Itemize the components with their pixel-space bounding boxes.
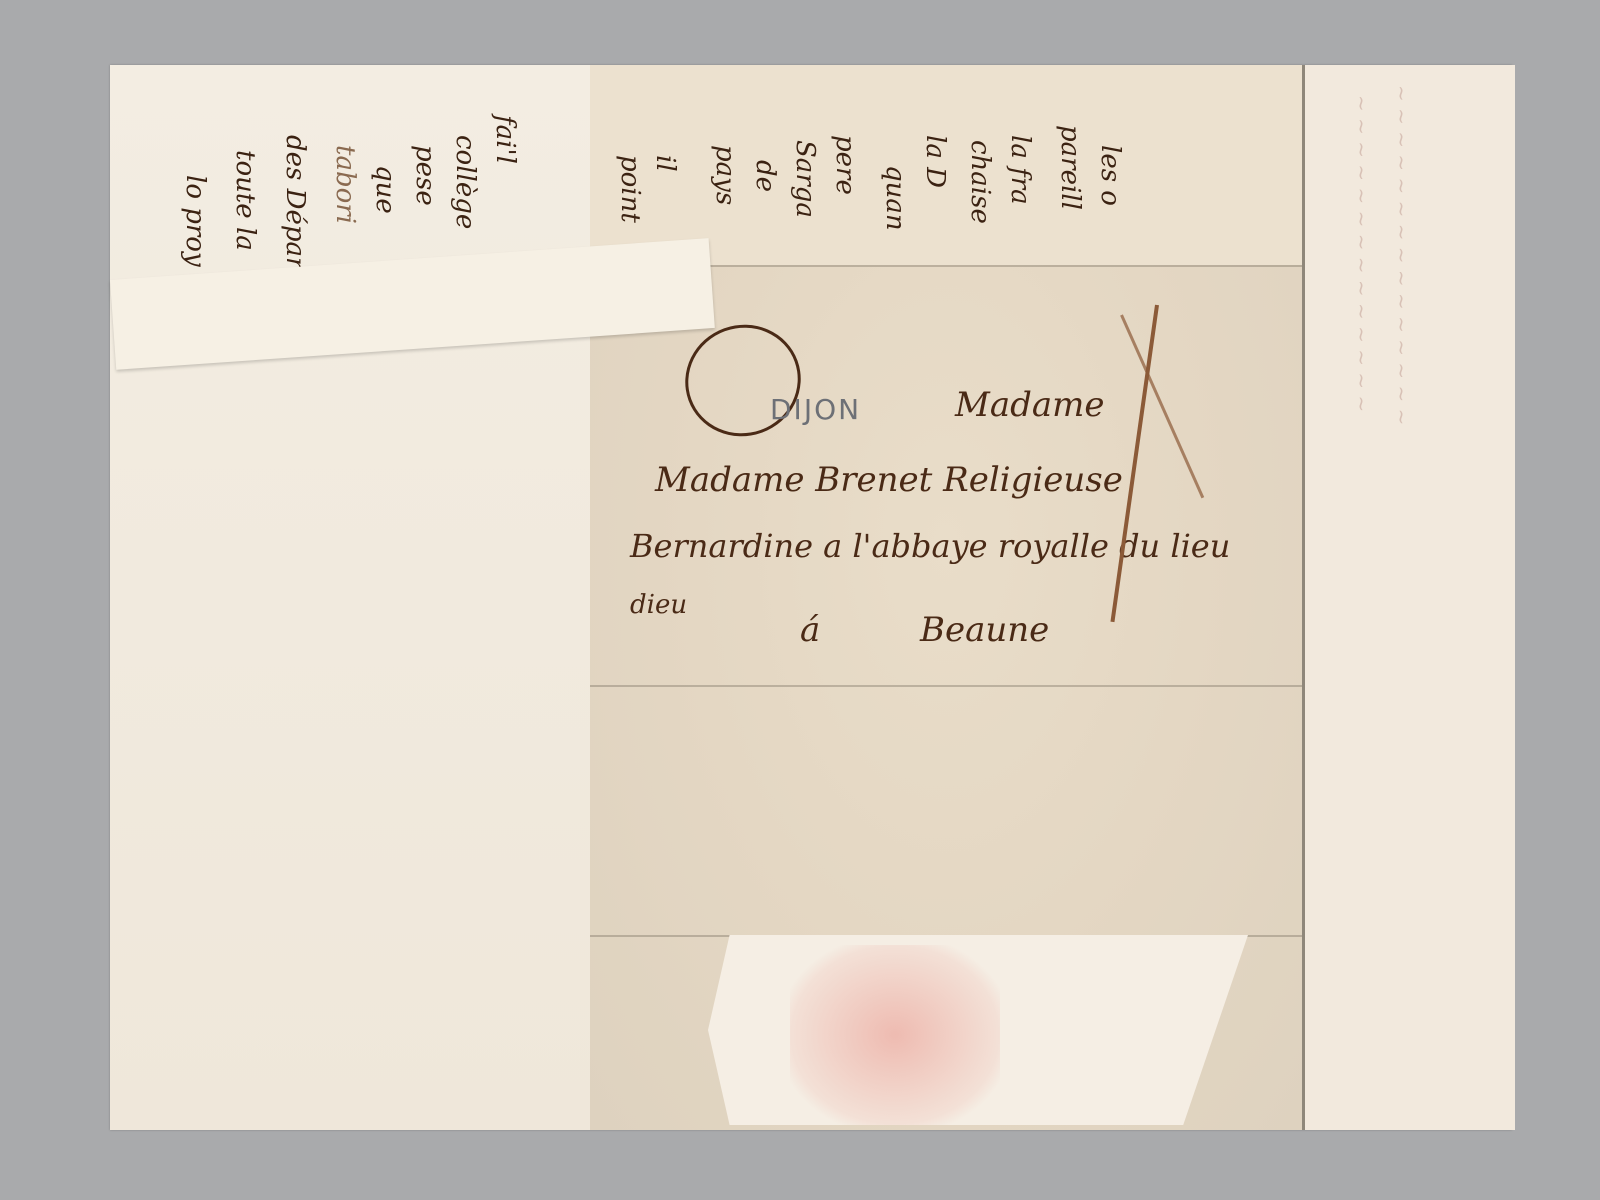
fragment-top-3: de xyxy=(750,160,780,192)
fragment-5: des Départ xyxy=(280,135,310,280)
fragment-0: fai'l xyxy=(490,115,520,164)
fragment-top-1: il xyxy=(650,155,680,172)
letter-sheet: fai'l collège pese que tabori des Départ… xyxy=(110,65,1512,1130)
fragment-7: lo proy xyxy=(180,175,210,267)
fragment-2: pese xyxy=(410,145,440,206)
address-line-1: Madame xyxy=(955,385,1104,425)
address-line-4: dieu xyxy=(630,590,687,620)
wax-seal-residue xyxy=(790,945,1000,1125)
fold-line-middle xyxy=(590,685,1302,687)
address-city: Beaune xyxy=(920,610,1049,650)
fragment-top-2: pays xyxy=(710,145,740,205)
fragment-6: toute la xyxy=(230,150,260,251)
address-line-3: Bernardine a l'abbaye royalle du lieu xyxy=(630,527,1230,565)
bleed-through-text-2: ~ ~ ~ ~ ~ ~ ~ ~ ~ ~ ~ ~ ~ ~ ~ xyxy=(1390,85,1414,425)
fragment-top-7: la D xyxy=(920,135,950,188)
bleed-through-text: ~ ~ ~ ~ ~ ~ ~ ~ ~ ~ ~ ~ ~ ~ xyxy=(1350,95,1374,412)
address-line-5-prefix: á xyxy=(800,610,820,650)
fragment-3: que xyxy=(370,165,400,214)
fragment-top-8: chaise xyxy=(965,140,995,224)
fragment-top-9: la fra xyxy=(1005,135,1035,205)
fragment-top-5: pere xyxy=(830,135,860,195)
fragment-top-11: les o xyxy=(1095,145,1125,206)
fragment-1: collège xyxy=(450,135,480,229)
fragment-top-10: pareill xyxy=(1055,125,1085,210)
fragment-4: tabori xyxy=(330,145,360,224)
fragment-top-0: point xyxy=(615,155,645,223)
fragment-top-6: quan xyxy=(880,165,910,231)
postmark-dijon: DIJON xyxy=(770,393,861,426)
fragment-top-4: Sarga xyxy=(790,140,820,218)
address-line-2: Madame Brenet Religieuse xyxy=(655,460,1123,500)
